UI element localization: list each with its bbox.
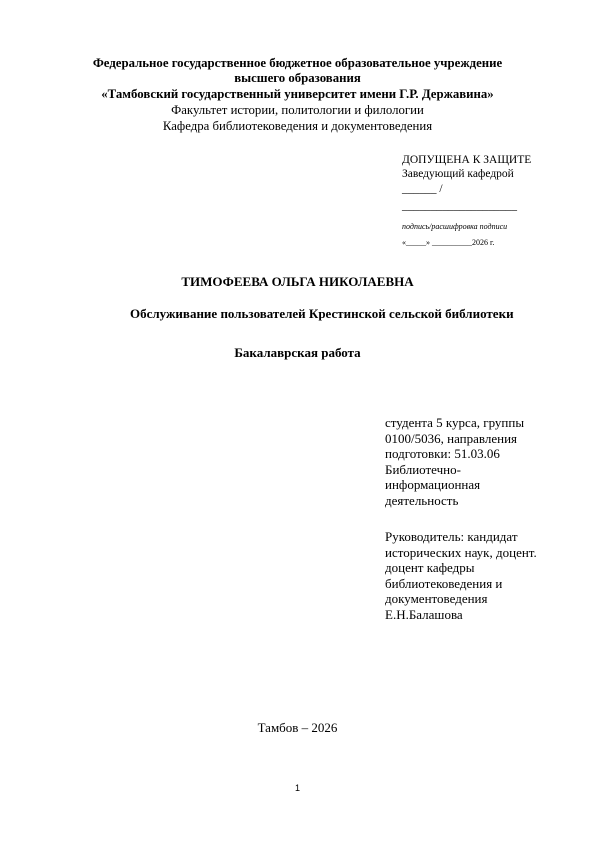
department-name: Кафедра библиотековедения и документовед…: [0, 119, 595, 135]
page-number: 1: [0, 783, 595, 793]
city-year: Тамбов – 2026: [0, 720, 595, 736]
student-info-line: Библиотечно-: [385, 462, 555, 478]
university-name: «Тамбовский государственный университет …: [0, 87, 595, 103]
work-type: Бакалаврская работа: [0, 345, 595, 361]
student-info-line: 0100/5036, направления: [385, 431, 555, 447]
supervisor-info-line: библиотековедения и: [385, 576, 555, 592]
thesis-title: Обслуживание пользователей Крестинской с…: [130, 306, 514, 322]
student-info-line: информационная: [385, 477, 555, 493]
institution-line-1: Федеральное государственное бюджетное об…: [0, 56, 595, 72]
student-info-line: деятельность: [385, 493, 555, 509]
student-info: студента 5 курса, группы 0100/5036, напр…: [385, 415, 555, 508]
faculty-name: Факультет истории, политологии и филолог…: [0, 103, 595, 119]
student-info-line: студента 5 курса, группы: [385, 415, 555, 431]
approval-date: «_____» __________2026 г.: [402, 236, 494, 250]
institution-line-2: высшего образования: [0, 71, 595, 87]
author-name: ТИМОФЕЕВА ОЛЬГА НИКОЛАЕВНА: [0, 274, 595, 290]
approval-underline: ____________________: [402, 199, 517, 213]
supervisor-info-line: исторических наук, доцент.: [385, 545, 555, 561]
supervisor-info-line: Руководитель: кандидат: [385, 529, 555, 545]
supervisor-info: Руководитель: кандидат исторических наук…: [385, 529, 555, 622]
supervisor-info-line: доцент кафедры: [385, 560, 555, 576]
supervisor-info-line: документоведения: [385, 591, 555, 607]
student-info-line: подготовки: 51.03.06: [385, 446, 555, 462]
approval-title: ДОПУЩЕНА К ЗАЩИТЕ: [402, 153, 531, 167]
approval-sign-line: ______ /: [402, 182, 443, 196]
approval-caption: подпись/расшифровка подписи: [402, 220, 507, 234]
supervisor-info-line: Е.Н.Балашова: [385, 607, 555, 623]
approval-role: Заведующий кафедрой: [402, 167, 514, 181]
